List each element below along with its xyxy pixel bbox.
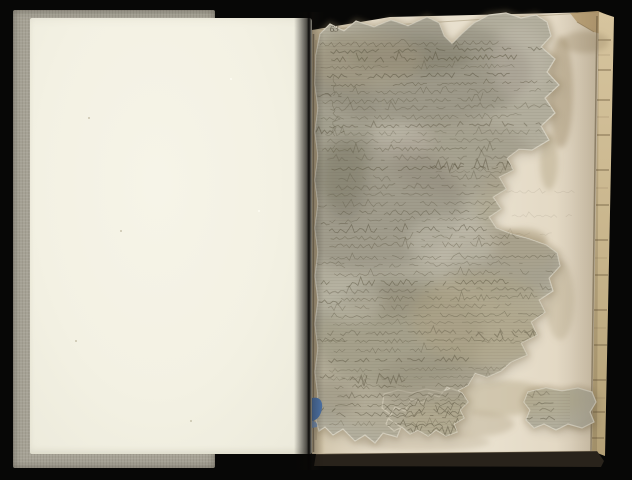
photograph-stage: 63	[0, 0, 632, 480]
gutter-shadow	[294, 12, 324, 470]
corner-numeral: 63	[329, 23, 339, 34]
fore-edge-shading	[556, 12, 599, 452]
